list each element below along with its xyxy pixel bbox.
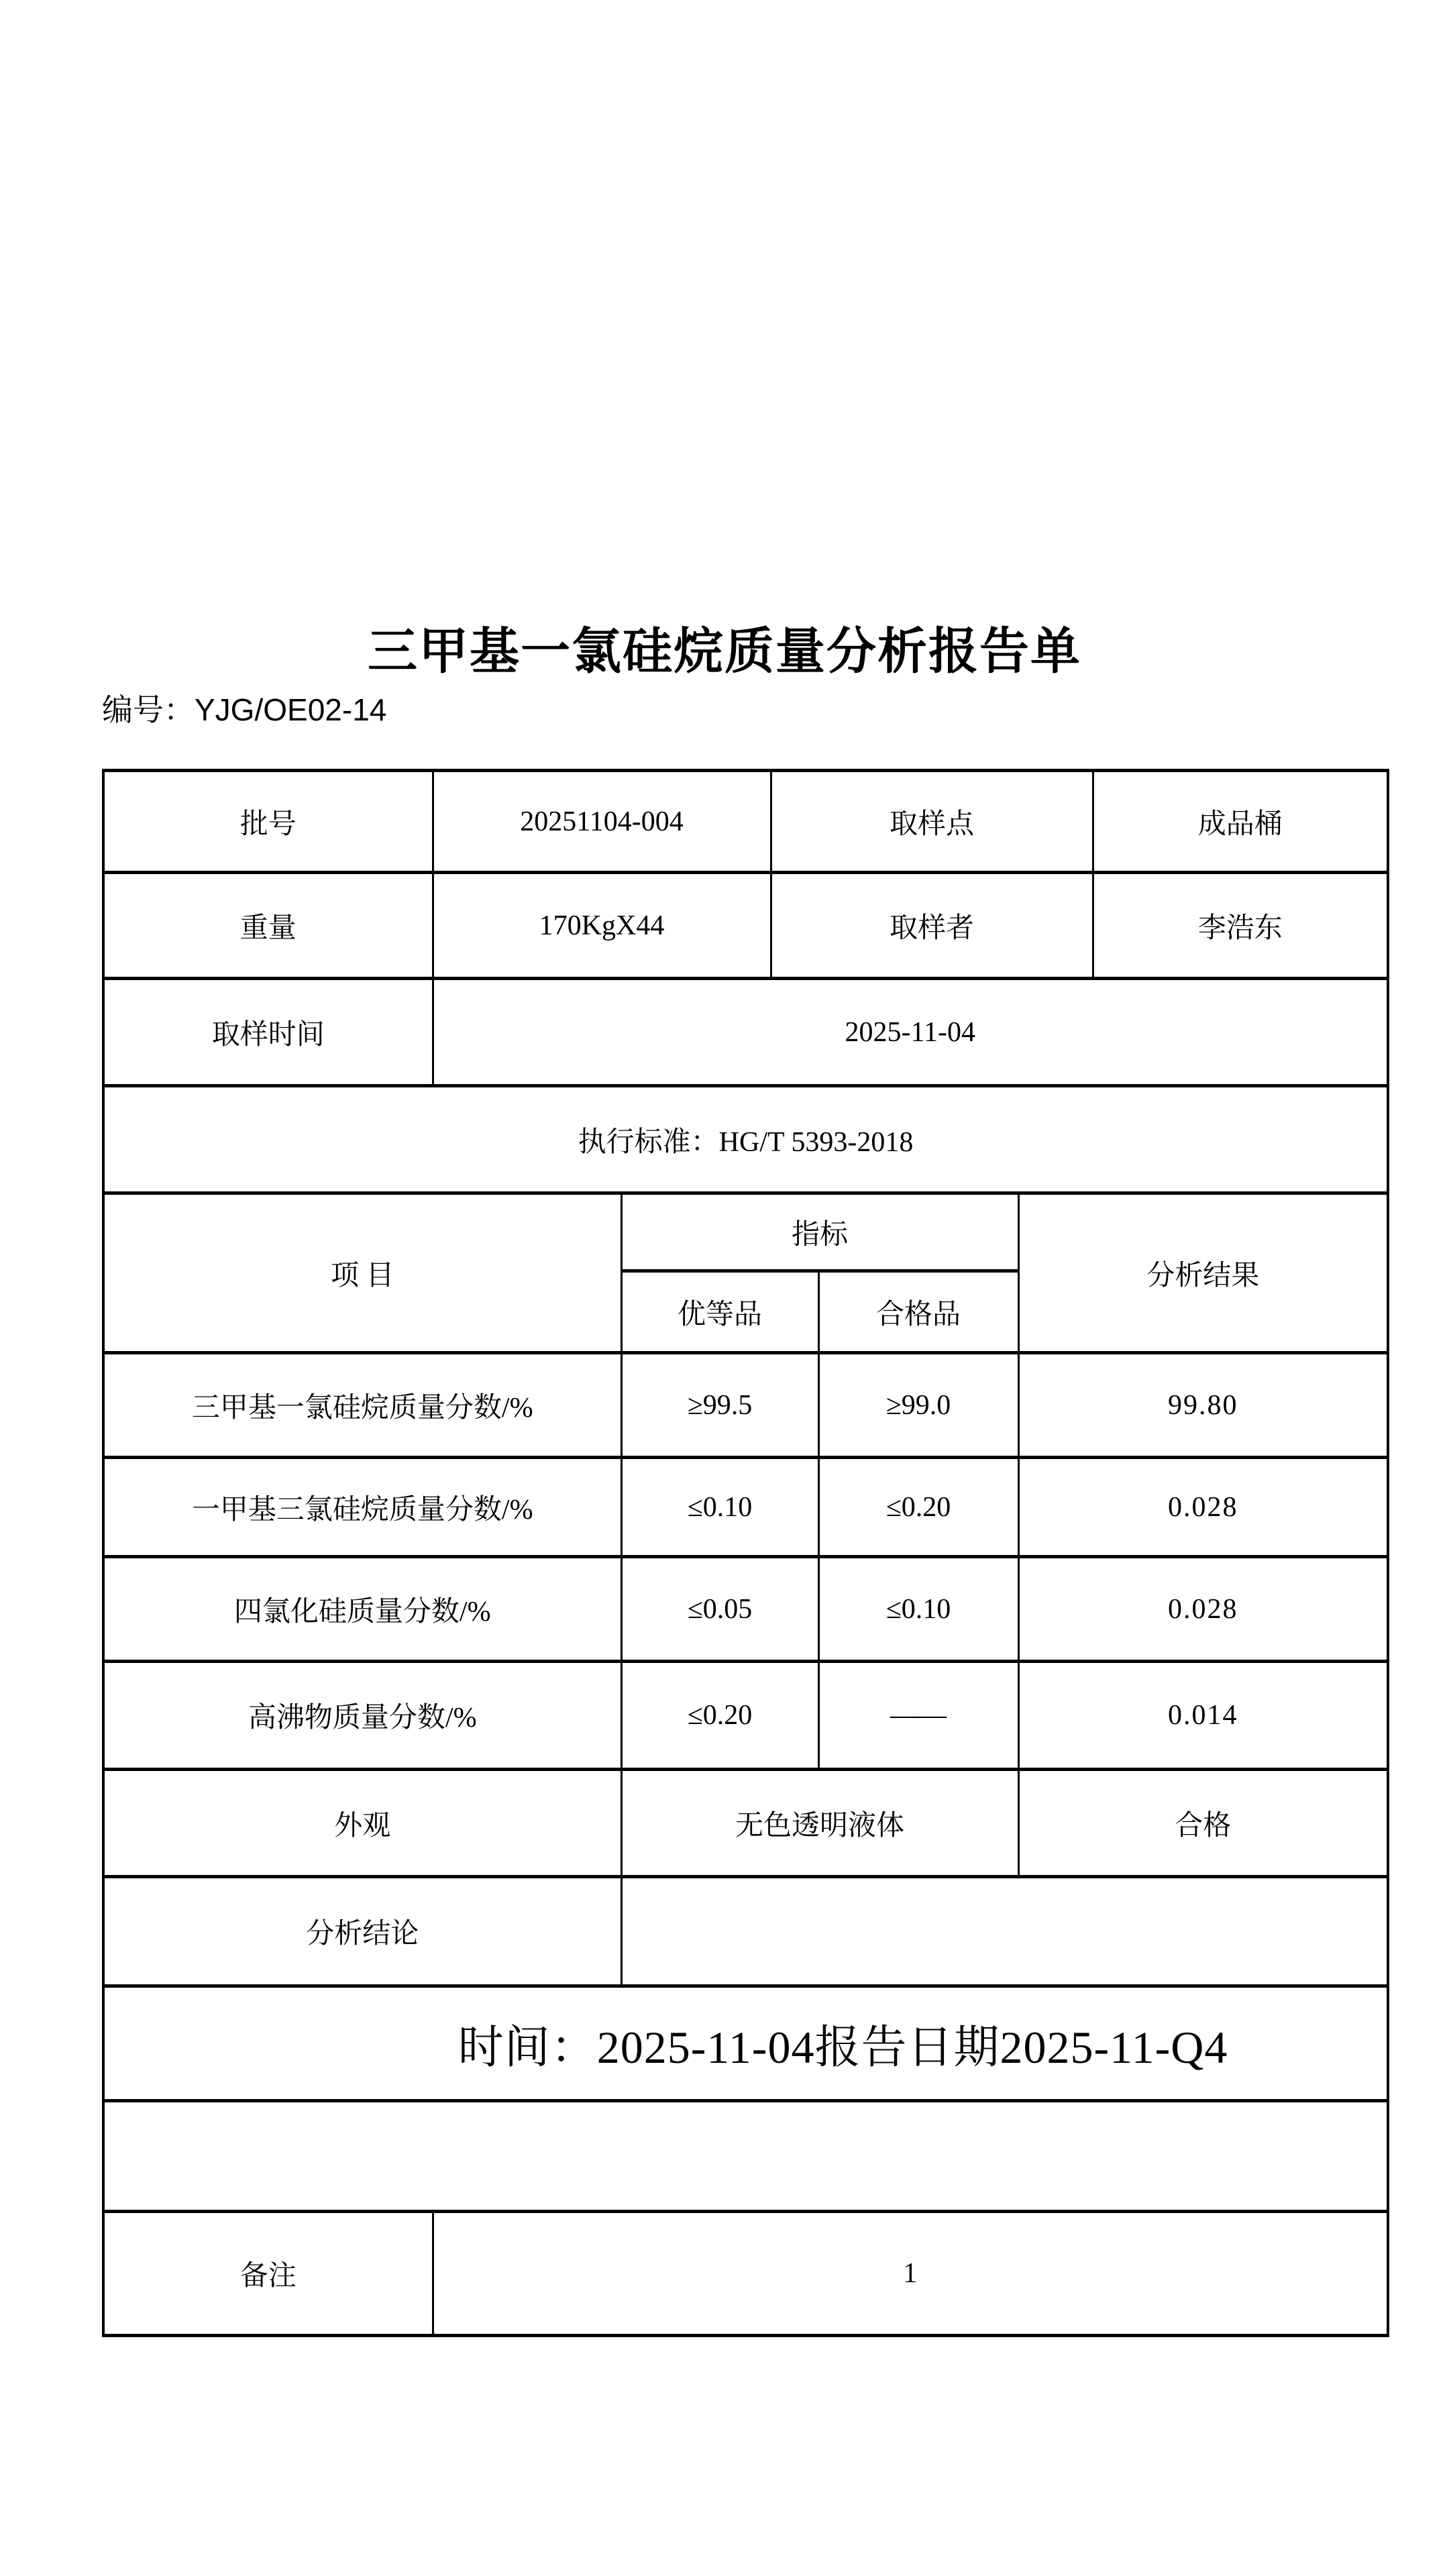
table-row-empty: [103, 2101, 1388, 2212]
sampler-value-cell: 李浩东: [1093, 873, 1388, 979]
premium-header-cell: 优等品: [621, 1271, 818, 1353]
batch-label-cell: 批号: [103, 771, 433, 873]
empty-cell: [103, 2101, 1388, 2212]
spec-premium-cell: ≤0.05: [621, 1557, 818, 1662]
spec-qualified-cell: ≤0.10: [818, 1557, 1018, 1662]
doc-number: 编号：YJG/OE02-14: [102, 692, 1449, 729]
spec-premium-cell: ≤0.10: [621, 1458, 818, 1557]
spec-row-silicon-tetrachloride: 四氯化硅质量分数/% ≤0.05 ≤0.10 0.028: [103, 1557, 1388, 1662]
spec-item-cell: 一甲基三氯硅烷质量分数/%: [103, 1458, 621, 1557]
spec-premium-cell: ≥99.5: [621, 1353, 818, 1458]
page-title: 三甲基一氯硅烷质量分析报告单: [0, 0, 1449, 680]
analysis-conclusion-value-cell: [621, 1877, 1388, 1986]
spec-row-methyltrichlorosilane: 一甲基三氯硅烷质量分数/% ≤0.10 ≤0.20 0.028: [103, 1458, 1388, 1557]
time-line-cell: 时间：2025-11-04报告日期2025-11-Q4: [103, 1986, 1388, 2101]
index-header-cell: 指标: [621, 1193, 1018, 1271]
table-header-row-1: 项 目 指标 分析结果: [103, 1193, 1388, 1271]
appearance-value-cell: 无色透明液体: [621, 1770, 1018, 1877]
batch-value-cell: 20251104-004: [433, 771, 771, 873]
analysis-conclusion-label-cell: 分析结论: [103, 1877, 621, 1986]
report-page: 三甲基一氯硅烷质量分析报告单 编号：YJG/OE02-14 批号 2025110…: [0, 0, 1449, 2576]
weight-label-cell: 重量: [103, 873, 433, 979]
spec-row-high-boilers: 高沸物质量分数/% ≤0.20 —— 0.014: [103, 1662, 1388, 1770]
sampler-label-cell: 取样者: [771, 873, 1093, 979]
table-row-batch: 批号 20251104-004 取样点 成品桶: [103, 771, 1388, 873]
spec-qualified-cell: ——: [818, 1662, 1018, 1770]
spec-item-cell: 高沸物质量分数/%: [103, 1662, 621, 1770]
table-row-weight: 重量 170KgX44 取样者 李浩东: [103, 873, 1388, 979]
sampling-time-value-cell: 2025-11-04: [433, 979, 1388, 1086]
table-row-conclusion: 分析结论: [103, 1877, 1388, 1986]
qualified-header-cell: 合格品: [818, 1271, 1018, 1353]
spec-result-cell: 0.014: [1018, 1662, 1388, 1770]
table-row-standard: 执行标准：HG/T 5393-2018: [103, 1086, 1388, 1193]
table-row-sampling-time: 取样时间 2025-11-04: [103, 979, 1388, 1086]
sampling-point-label-cell: 取样点: [771, 771, 1093, 873]
spec-result-cell: 0.028: [1018, 1557, 1388, 1662]
spec-row-trimethylchlorosilane: 三甲基一氯硅烷质量分数/% ≥99.5 ≥99.0 99.80: [103, 1353, 1388, 1458]
spec-qualified-cell: ≤0.20: [818, 1458, 1018, 1557]
report-table: 批号 20251104-004 取样点 成品桶 重量 170KgX44 取样者 …: [102, 769, 1389, 2337]
table-row-time: 时间：2025-11-04报告日期2025-11-Q4: [103, 1986, 1388, 2101]
table-row-appearance: 外观 无色透明液体 合格: [103, 1770, 1388, 1877]
sampling-point-value-cell: 成品桶: [1093, 771, 1388, 873]
result-header-cell: 分析结果: [1018, 1193, 1388, 1353]
spec-item-cell: 四氯化硅质量分数/%: [103, 1557, 621, 1662]
weight-value-cell: 170KgX44: [433, 873, 771, 979]
spec-item-cell: 三甲基一氯硅烷质量分数/%: [103, 1353, 621, 1458]
spec-qualified-cell: ≥99.0: [818, 1353, 1018, 1458]
remark-label-cell: 备注: [103, 2212, 433, 2336]
spec-result-cell: 0.028: [1018, 1458, 1388, 1557]
appearance-label-cell: 外观: [103, 1770, 621, 1877]
spec-result-cell: 99.80: [1018, 1353, 1388, 1458]
standard-cell: 执行标准：HG/T 5393-2018: [103, 1086, 1388, 1193]
spec-premium-cell: ≤0.20: [621, 1662, 818, 1770]
item-header-cell: 项 目: [103, 1193, 621, 1353]
remark-value-cell: 1: [433, 2212, 1388, 2336]
sampling-time-label-cell: 取样时间: [103, 979, 433, 1086]
appearance-result-cell: 合格: [1018, 1770, 1388, 1877]
table-row-remark: 备注 1: [103, 2212, 1388, 2336]
